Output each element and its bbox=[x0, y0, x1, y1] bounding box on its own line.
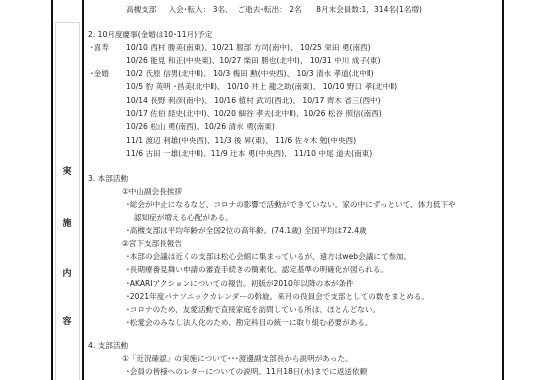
kinkon-label: ･金婚 bbox=[90, 67, 109, 80]
kiju-line: 10/26 能見 和正(中央東)、10/27 柴田 勝也(北中Ⅰ)、 10/31… bbox=[126, 54, 380, 67]
total-members: 8月末会員数:1，314名(1名増) bbox=[316, 5, 422, 14]
section4-sub1-item: ･会員の皆様へのレターについての説明。11月18日(水)までに返送依頼 bbox=[126, 365, 367, 378]
kinkon-line: 11/6 古田 一雄(北中Ⅱ)、11/9 辻本 勇(中央西)、 11/10 中尾… bbox=[126, 147, 372, 160]
section3-sub1-item: ･高槻支部は平均年齢が全国2位の高年齢。(74.1歳) 全国平均は72.4歳 bbox=[126, 224, 367, 237]
section3-sub2-item: ･松愛会のみなし法人化のため、勘定科目の統一に取り組む必要がある。 bbox=[126, 316, 373, 329]
kinkon-line: 10/5 豹 英明 ･昌美(北中Ⅱ)、 10/10 井上 龍之助(南東)、 10… bbox=[126, 80, 397, 93]
section3-sub2-title: ②宮下支部長報告 bbox=[122, 237, 182, 250]
side-label-char: 施 bbox=[60, 216, 74, 229]
joined-count: 入会･転入： 3名、 bbox=[168, 5, 232, 14]
table-outer-border bbox=[51, 0, 53, 380]
section4-sub1-title: ①「近況確認」の実施について･･･渡邊副支部長から説明があった。 bbox=[122, 352, 353, 365]
section3-sub2-item: ･本部の会議は近くの支部は松心会館に集まっているが、遠方はweb会議にて参加。 bbox=[126, 250, 411, 263]
kiju-label: ･喜寿 bbox=[90, 41, 109, 54]
left-count: ご逝去･転出： 2名 bbox=[237, 5, 301, 14]
section3-sub2-item: ･長期療養見舞い申請の審査手続きの簡素化、認定基準の明確化が図られる。 bbox=[126, 263, 388, 276]
kiju-line: 10/10 西村 勝美(南東)、10/21 服部 方司(南中)、 10/25 栄… bbox=[126, 41, 371, 54]
section2-title: 2. 10月度慶事(金婚は10･11月)予定 bbox=[88, 28, 212, 41]
section4-title: 4. 支部活動 bbox=[88, 339, 128, 352]
kinkon-line: 10/26 松山 勇(南西)、10/26 清水 勇(南東) bbox=[126, 120, 275, 133]
membership-line: 高槻支部 入会･転入： 3名、 ご逝去･転出： 2名 8月末会員数:1，314名… bbox=[126, 3, 422, 16]
section3-sub2-item: ･コロナのため、友愛活動で直接家庭を訪問している所は、ほとんどない。 bbox=[126, 303, 380, 316]
side-label-char: 実 bbox=[60, 164, 74, 177]
kinkon-line: 10/14 長野 利彦(南中)、 10/16 植村 武司(西北)、 10/17 … bbox=[126, 94, 381, 107]
branch-name: 高槻支部 bbox=[126, 5, 156, 14]
section3-sub2-item: ･AKARIアクションについての報告。初版が2010年以降の本が条件 bbox=[126, 277, 354, 290]
section3-sub1-item: 認知症が増える心配がある。 bbox=[134, 211, 233, 224]
section3-sub1-item: ･総会が中止になるなど、コロナの影響で活動ができていない。家の中にずっといて、体… bbox=[126, 198, 456, 211]
section3-sub1-title: ①中山副会長挨拶 bbox=[122, 185, 182, 198]
meeting-content: 高槻支部 入会･転入： 3名、 ご逝去･転出： 2名 8月末会員数:1，314名… bbox=[86, 0, 500, 380]
section3-title: 3. 本部活動 bbox=[88, 172, 128, 185]
content-cell-border bbox=[82, 0, 84, 380]
side-label-char: 容 bbox=[60, 314, 74, 327]
kinkon-line: 10/2 氏原 信男(北中Ⅱ)、 10/3 梅田 勲(中央西)、 10/3 清水… bbox=[126, 67, 374, 80]
section3-sub2-item: ･2021年度パナソニックカレンダーの斡旋。来月の役員会で支部としての数をまとめ… bbox=[126, 290, 429, 303]
kinkon-line: 11/1 渡辺 利雄(中央西)、11/3 後 昇(東)、 11/6 佐々木 勉(… bbox=[126, 134, 356, 147]
table-right-border bbox=[502, 0, 504, 380]
kinkon-line: 10/17 佐伯 経史(北中Ⅰ)、10/20 細谷 孝夫(北中Ⅱ)、10/26 … bbox=[126, 107, 382, 120]
side-label-char: 内 bbox=[60, 266, 74, 279]
